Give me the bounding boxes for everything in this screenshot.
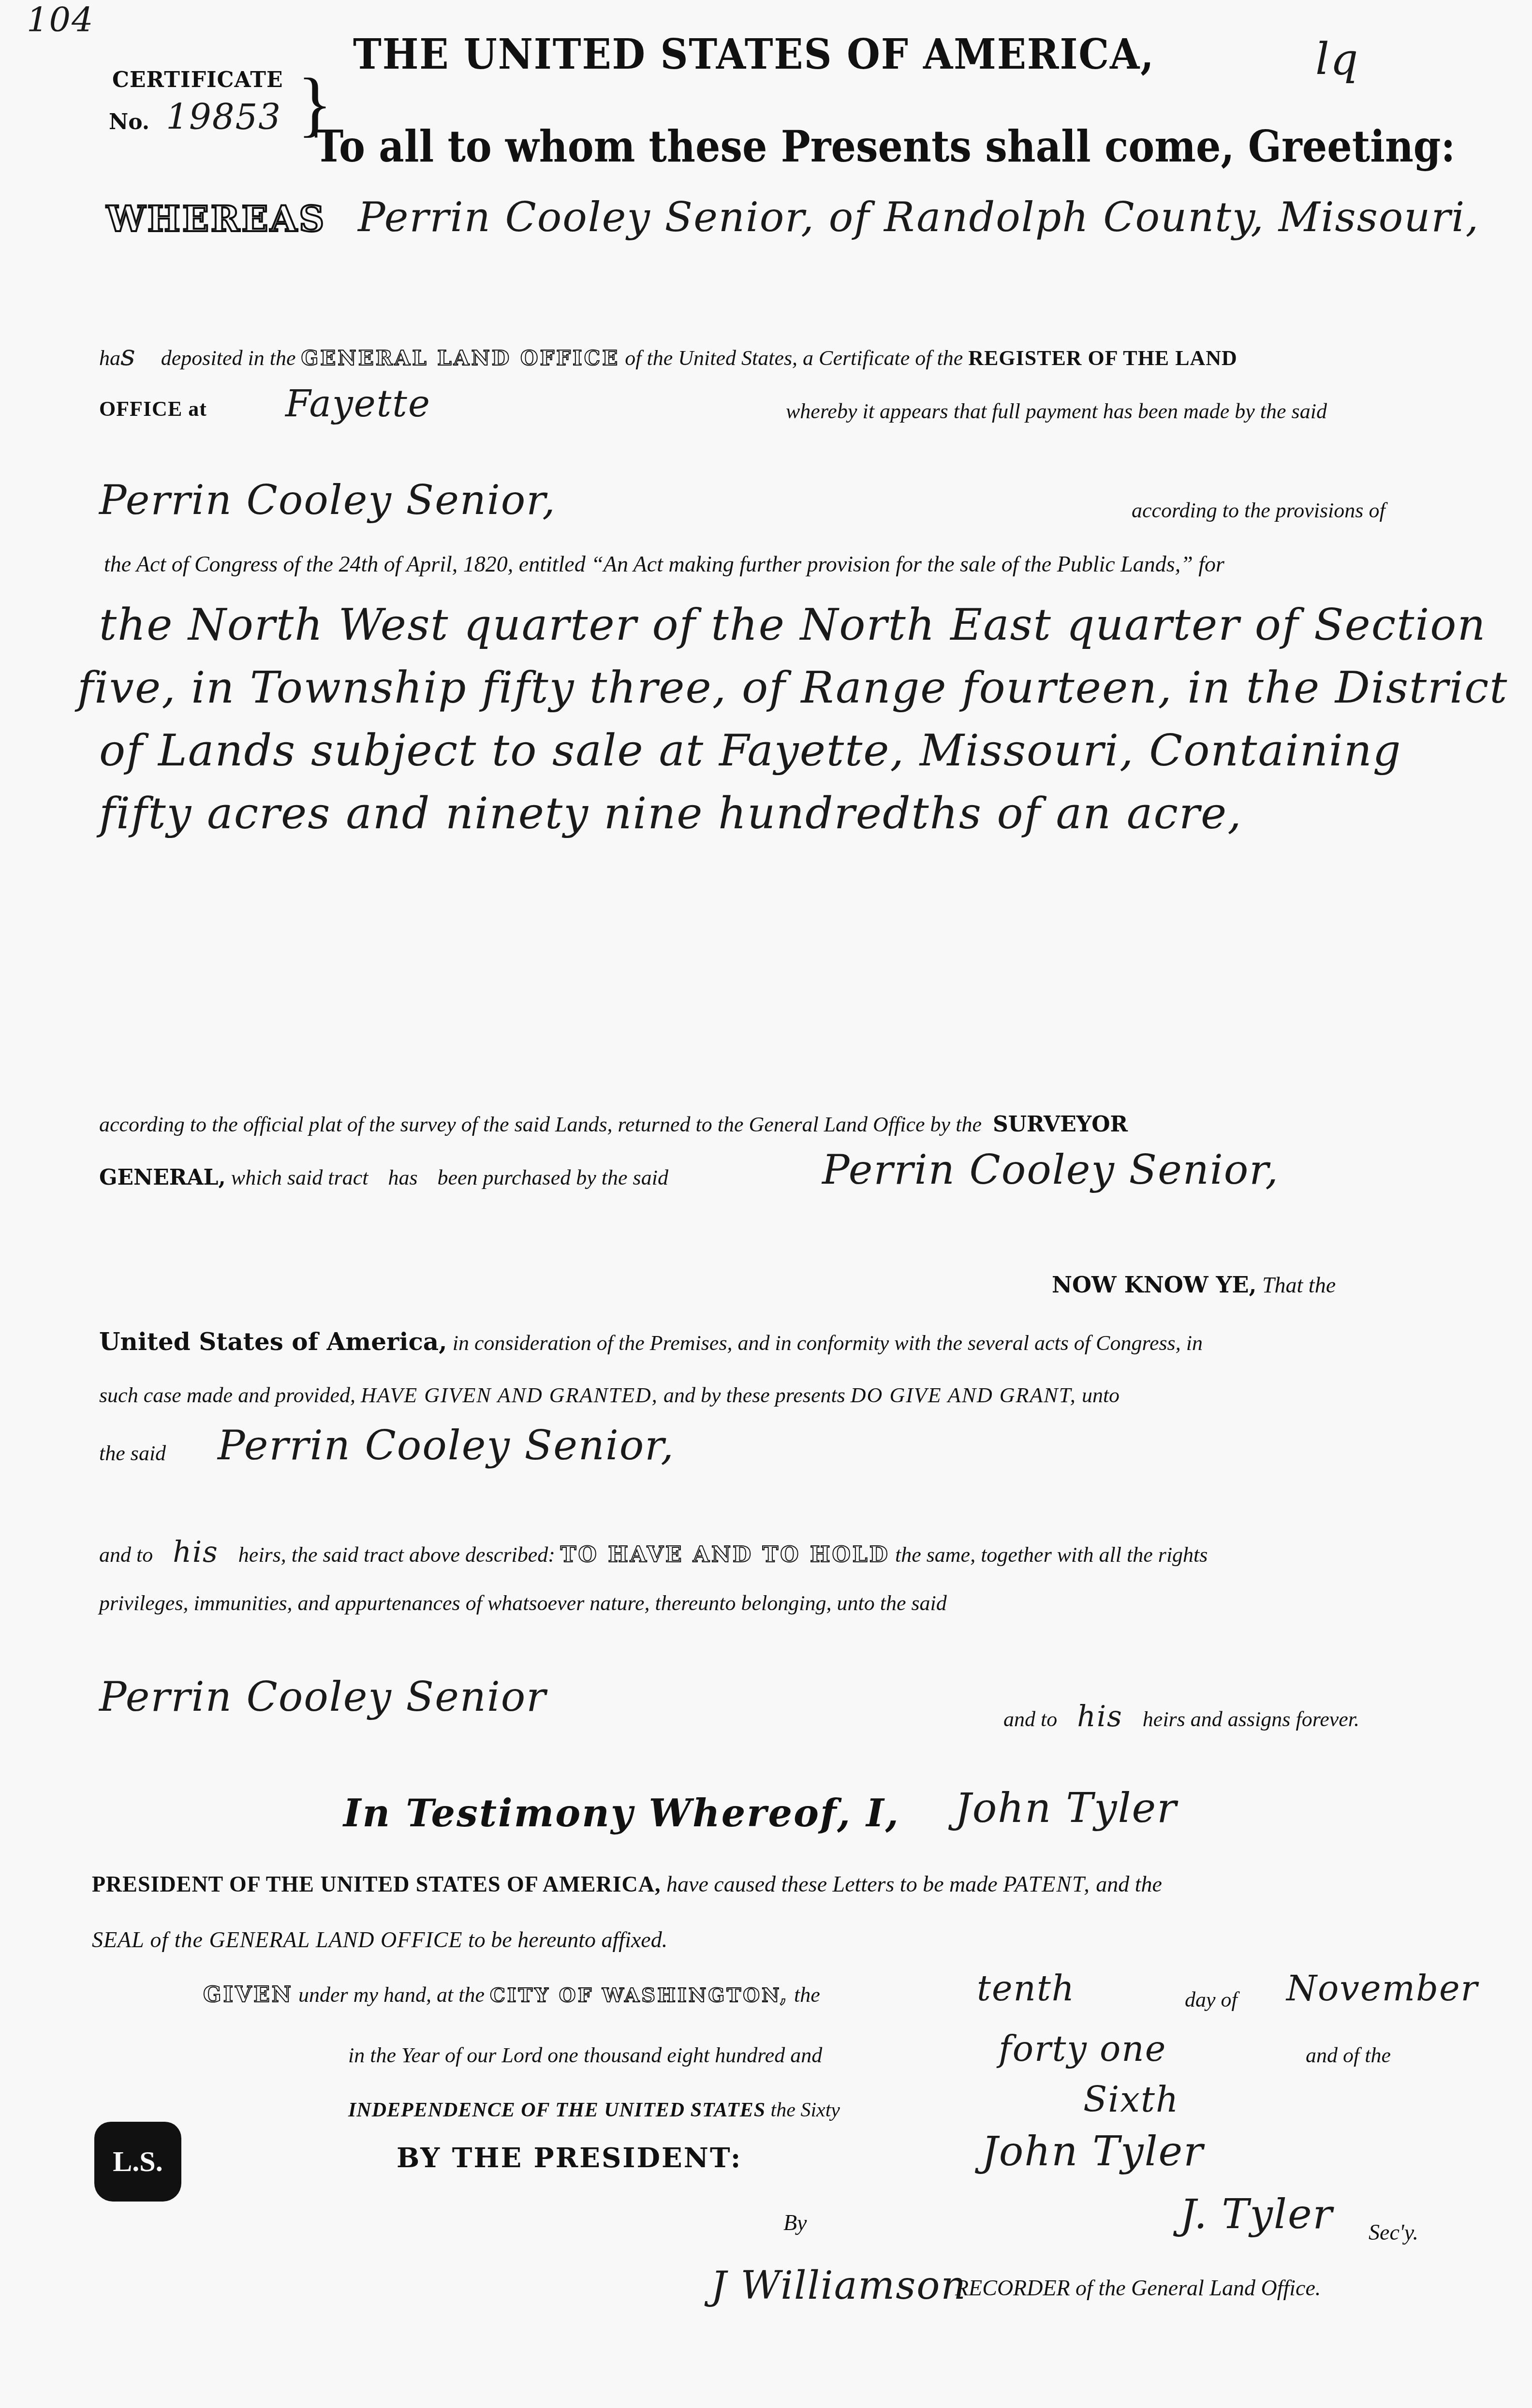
- document-title: THE UNITED STATES OF AMERICA,: [353, 30, 1155, 79]
- glo-label: GENERAL LAND OFFICE: [301, 346, 619, 370]
- president-title: PRESIDENT OF THE UNITED STATES OF AMERIC…: [92, 1872, 661, 1896]
- register-label: REGISTER OF THE LAND: [968, 346, 1237, 370]
- has-text: has: [388, 1166, 417, 1189]
- land-line: of Lands subject to sale at Fayette, Mis…: [99, 725, 1401, 776]
- given-granted-line: such case made and provided, HAVE GIVEN …: [99, 1383, 1120, 1408]
- margin-note-right: lq: [1315, 34, 1359, 85]
- certificate-number-row: No. 19853: [109, 97, 281, 137]
- to-have-label: TO HAVE AND TO HOLD: [560, 1542, 890, 1567]
- and-of-the-text: and of the: [1306, 2043, 1391, 2068]
- according-text: according to the provisions of: [1132, 498, 1385, 523]
- general-label: GENERAL,: [99, 1165, 226, 1190]
- the-said-label: the said: [99, 1441, 166, 1466]
- his-hand: his: [1077, 1700, 1123, 1733]
- seal-line: SEAL of the GENERAL LAND OFFICE to be he…: [92, 1927, 667, 1953]
- margin-note-left: 104: [27, 0, 94, 40]
- independence-hand: Sixth: [1083, 2079, 1179, 2120]
- do-give-label: DO GIVE AND GRANT,: [851, 1383, 1076, 1407]
- deposit-line-1: has deposited in the GENERAL LAND OFFICE…: [99, 338, 1237, 372]
- act-line: the Act of Congress of the 24th of April…: [104, 551, 1224, 577]
- affixed-text: to be hereunto affixed.: [468, 1927, 667, 1952]
- purchaser-name: Perrin Cooley Senior,: [822, 1146, 1279, 1193]
- by-these-text: and by these presents: [663, 1383, 845, 1407]
- testimony-heading: In Testimony Whereof, I,: [343, 1791, 900, 1835]
- independence-label: INDEPENDENCE OF THE UNITED STATES: [348, 2099, 766, 2121]
- survey-line-1: according to the official plat of the su…: [99, 1112, 1128, 1137]
- land-line: fifty acres and ninety nine hundredths o…: [99, 788, 1242, 839]
- tract-text: which said tract: [231, 1166, 368, 1189]
- same-text: the same, together with all the rights: [895, 1543, 1208, 1567]
- by-label: By: [783, 2210, 807, 2235]
- payer-name: Perrin Cooley Senior,: [99, 476, 556, 524]
- land-line: the North West quarter of the North East…: [99, 600, 1486, 650]
- day-of-text: day of: [1185, 1987, 1237, 2012]
- forever-line: and to his heirs and assigns forever.: [1003, 1700, 1359, 1733]
- his-hand: his: [173, 1535, 219, 1569]
- president-line: PRESIDENT OF THE UNITED STATES OF AMERIC…: [92, 1871, 1162, 1897]
- year-hand: forty one: [999, 2028, 1166, 2069]
- has-prefix: ha: [99, 346, 120, 370]
- given-label: GIVEN: [203, 1982, 293, 2007]
- certificate-label: CERTIFICATE: [112, 68, 283, 92]
- usa-line: United States of America, in considerati…: [99, 1327, 1203, 1356]
- day-hand: tenth: [977, 1968, 1075, 2009]
- patent-label: PATENT,: [1003, 1872, 1090, 1896]
- and-the-text: and the: [1096, 1872, 1162, 1896]
- office-location: Fayette: [285, 382, 431, 425]
- survey-line-2: GENERAL, which said tract has been purch…: [99, 1165, 668, 1190]
- secretary-signature: J. Tyler: [1180, 2190, 1333, 2238]
- deposit-tail: of the United States, a Certificate of t…: [625, 346, 963, 370]
- now-know-label: NOW KNOW YE,: [1052, 1272, 1256, 1298]
- holder-name: Perrin Cooley Senior: [99, 1673, 547, 1720]
- have-given-label: HAVE GIVEN AND GRANTED,: [361, 1383, 658, 1407]
- and-to-text: and to: [99, 1543, 153, 1567]
- sixty-text: the Sixty: [771, 2099, 840, 2121]
- testimony-president: John Tyler: [955, 1784, 1177, 1832]
- caused-text: have caused these Letters to be made: [666, 1872, 998, 1896]
- independence-line: INDEPENDENCE OF THE UNITED STATES the Si…: [348, 2099, 840, 2122]
- survey-text: according to the official plat of the su…: [99, 1113, 982, 1136]
- unto-text: unto: [1082, 1383, 1120, 1407]
- recorder-signature: J Williamson: [711, 2263, 967, 2308]
- such-case-text: such case made and provided,: [99, 1383, 355, 1407]
- to-have-line: and to his heirs, the said tract above d…: [99, 1535, 1208, 1569]
- month-hand: November: [1286, 1968, 1478, 2009]
- deposit-text: deposited in the: [161, 346, 296, 370]
- and-to-text: and to: [1003, 1707, 1057, 1731]
- whereas-grantee: Perrin Cooley Senior, of Randolph County…: [358, 193, 1479, 241]
- now-know-line: NOW KNOW YE, That the: [1052, 1272, 1336, 1298]
- number-label: No.: [109, 110, 149, 134]
- greeting-line: To all to whom these Presents shall come…: [314, 121, 1455, 172]
- certificate-number: 19853: [166, 97, 281, 137]
- under-text: under my hand, at the: [298, 1983, 485, 2007]
- recorder-title: RECORDER of the General Land Office.: [955, 2275, 1321, 2301]
- year-line: in the Year of our Lord one thousand eig…: [348, 2043, 822, 2068]
- heirs-text: heirs, the said tract above described:: [238, 1543, 555, 1567]
- surveyor-label: SURVEYOR: [993, 1112, 1128, 1137]
- consideration-text: in consideration of the Premises, and in…: [453, 1331, 1203, 1355]
- whereas-label: WHEREAS: [106, 198, 326, 239]
- seal-office-text: SEAL of the GENERAL LAND OFFICE: [92, 1927, 463, 1952]
- office-at-label: OFFICE at: [99, 396, 207, 421]
- that-the-text: That the: [1262, 1273, 1336, 1297]
- city-label: CITY OF WASHINGTON,: [490, 1984, 789, 2007]
- purchased-text: been purchased by the said: [438, 1166, 668, 1189]
- has-hand: s: [120, 338, 136, 372]
- whereby-text: whereby it appears that full payment has…: [786, 399, 1327, 424]
- secretary-title: Sec'y.: [1369, 2219, 1418, 2245]
- usa-label: United States of America,: [99, 1327, 447, 1356]
- seal-locus-sigilli: L.S.: [94, 2122, 181, 2202]
- grantee-name: Perrin Cooley Senior,: [218, 1422, 675, 1469]
- the-text: the: [794, 1983, 820, 2007]
- given-line: GIVEN under my hand, at the CITY OF WASH…: [203, 1982, 820, 2007]
- forever-text: heirs and assigns forever.: [1143, 1707, 1359, 1731]
- land-line: five, in Township fifty three, of Range …: [77, 662, 1508, 713]
- president-signature: John Tyler: [982, 2128, 1204, 2175]
- privileges-line: privileges, immunities, and appurtenance…: [99, 1591, 947, 1615]
- by-the-president-label: BY THE PRESIDENT:: [397, 2142, 742, 2174]
